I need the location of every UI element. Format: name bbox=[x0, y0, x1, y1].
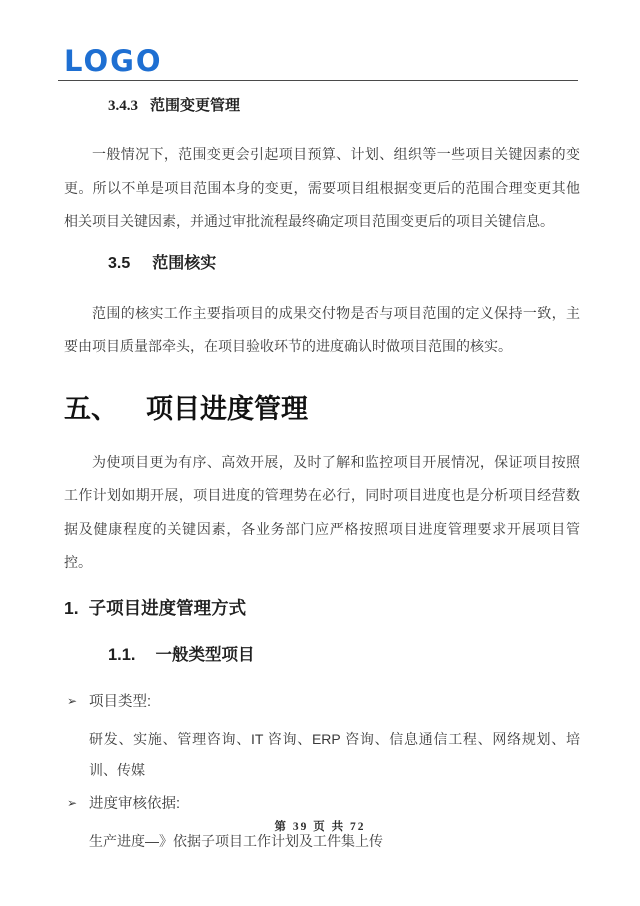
document-page: LOGO 3.4.3范围变更管理 一般情况下，范围变更会引起项目预算、计划、组织… bbox=[0, 0, 640, 906]
heading-1-1: 1.1.一般类型项目 bbox=[64, 644, 580, 666]
paragraph-scope-verify: 范围的核实工作主要指项目的成果交付物是否与项目范围的定义保持一致，主要由项目质量… bbox=[64, 297, 580, 364]
company-logo: LOGO bbox=[64, 47, 163, 77]
header-divider bbox=[58, 80, 578, 81]
heading-number: 3.4.3 bbox=[108, 98, 138, 114]
bullet-label: 项目类型: bbox=[89, 694, 151, 710]
heading-title: 一般类型项目 bbox=[156, 646, 255, 664]
bullet-label: 进度审核依据: bbox=[89, 796, 180, 812]
heading-number: 1. bbox=[64, 598, 79, 618]
bullet-detail: 研发、实施、管理咨询、IT 咨询、ERP 咨询、信息通信工程、网络规划、培训、传… bbox=[64, 724, 580, 786]
heading-3-5: 3.5范围核实 bbox=[64, 253, 580, 275]
heading-title: 子项目进度管理方式 bbox=[89, 598, 247, 618]
arrow-bullet-icon: ➢ bbox=[67, 694, 77, 708]
heading-1: 1.子项目进度管理方式 bbox=[64, 596, 580, 620]
chapter-heading-5: 五、项目进度管理 bbox=[64, 392, 580, 426]
chapter-title: 项目进度管理 bbox=[146, 394, 308, 424]
heading-3-4-3: 3.4.3范围变更管理 bbox=[64, 96, 580, 116]
chapter-number: 五、 bbox=[64, 394, 118, 424]
heading-number: 3.5 bbox=[108, 255, 130, 272]
page-header: LOGO bbox=[64, 0, 580, 76]
heading-number: 1.1. bbox=[108, 646, 136, 664]
list-item: ➢ 项目类型: bbox=[64, 692, 580, 712]
list-item: ➢ 进度审核依据: bbox=[64, 794, 580, 814]
heading-title: 范围变更管理 bbox=[150, 98, 240, 114]
arrow-bullet-icon: ➢ bbox=[67, 796, 77, 810]
paragraph-scope-change: 一般情况下，范围变更会引起项目预算、计划、组织等一些项目关键因素的变更。所以不单… bbox=[64, 138, 580, 239]
page-number-footer: 第 39 页 共 72 bbox=[0, 818, 640, 834]
heading-title: 范围核实 bbox=[152, 255, 216, 272]
paragraph-schedule-intro: 为使项目更为有序、高效开展，及时了解和监控项目开展情况，保证项目按照工作计划如期… bbox=[64, 446, 580, 580]
